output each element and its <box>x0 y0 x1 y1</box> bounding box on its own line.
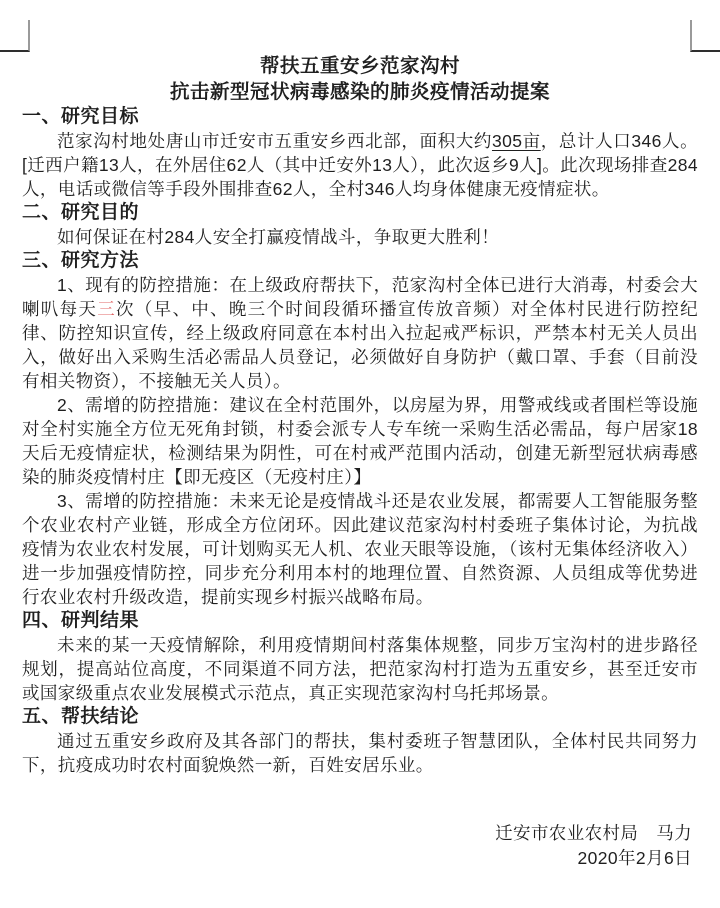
crop-mark-top-left <box>0 20 30 52</box>
text-run: 2、需增的防控措施：建议在全村范围外，以房屋为界，用警戒线或者围栏等设施对全村实… <box>22 395 698 487</box>
text-run: 未来的某一天疫情解除，利用疫情期间村落集体规整，同步万宝沟村的进步路径规划，提高… <box>22 635 698 703</box>
section-heading-3: 三、研究方法 <box>22 249 698 273</box>
paragraph: 2、需增的防控措施：建议在全村范围外，以房屋为界，用警戒线或者围栏等设施对全村实… <box>22 393 698 489</box>
section-heading-4: 四、研判结果 <box>22 609 698 633</box>
text-run: 范家沟村地处唐山市迁安市五重安乡西北部，面积大约 <box>57 131 492 151</box>
section-heading-5: 五、帮扶结论 <box>22 705 698 729</box>
section-heading-1: 一、研究目标 <box>22 105 698 129</box>
paragraph: 1、现有的防控措施：在上级政府帮扶下，范家沟村全体已进行大消毒，村委会大喇叭每天… <box>22 273 698 393</box>
paragraph: 3、需增的防控措施：未来无论是疫情战斗还是农业发展，都需要人工智能服务整个农业农… <box>22 489 698 609</box>
text-run: 如何保证在村284人安全打赢疫情战斗，争取更大胜利！ <box>57 227 499 247</box>
signature-date: 2020年2月6日 <box>22 846 692 871</box>
paragraph: 通过五重安乡政府及其各部门的帮扶，集村委班子智慧团队，全体村民共同努力下，抗疫成… <box>22 729 698 777</box>
section-heading-2: 二、研究目的 <box>22 201 698 225</box>
signature-author: 迁安市农业农村局 马力 <box>22 821 692 846</box>
document-sections: 一、研究目标范家沟村地处唐山市迁安市五重安乡西北部，面积大约305亩，总计人口3… <box>22 105 698 777</box>
text-run: 通过五重安乡政府及其各部门的帮扶，集村委班子智慧团队，全体村民共同努力下，抗疫成… <box>22 731 698 775</box>
text-run: 3、需增的防控措施：未来无论是疫情战斗还是农业发展，都需要人工智能服务整个农业农… <box>22 491 698 607</box>
underlined-text: 305亩 <box>492 131 541 151</box>
highlighted-red-text: 三 <box>97 299 116 319</box>
paragraph: 如何保证在村284人安全打赢疫情战斗，争取更大胜利！ <box>22 225 698 249</box>
paragraph: 范家沟村地处唐山市迁安市五重安乡西北部，面积大约305亩，总计人口346人。[迁… <box>22 129 698 201</box>
document-title: 帮扶五重安乡范家沟村 抗击新型冠状病毒感染的肺炎疫情活动提案 <box>22 53 698 105</box>
document-title-line-2: 抗击新型冠状病毒感染的肺炎疫情活动提案 <box>22 79 698 105</box>
paragraph: 未来的某一天疫情解除，利用疫情期间村落集体规整，同步万宝沟村的进步路径规划，提高… <box>22 633 698 705</box>
document-body: 帮扶五重安乡范家沟村 抗击新型冠状病毒感染的肺炎疫情活动提案 一、研究目标范家沟… <box>22 53 698 871</box>
document-title-line-1: 帮扶五重安乡范家沟村 <box>22 53 698 79</box>
crop-mark-top-right <box>690 20 720 52</box>
text-run: 次（早、中、晚三个时间段循环播宣传放音频）对全体村民进行防控纪律、防控知识宣传，… <box>22 299 698 391</box>
signature-block: 迁安市农业农村局 马力 2020年2月6日 <box>22 821 698 871</box>
document-page: 帮扶五重安乡范家沟村 抗击新型冠状病毒感染的肺炎疫情活动提案 一、研究目标范家沟… <box>0 0 720 908</box>
